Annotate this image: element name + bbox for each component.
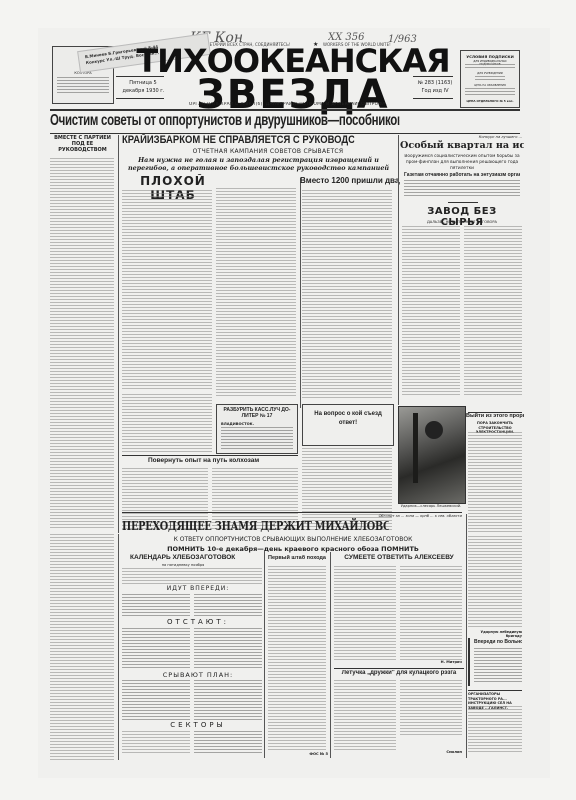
pervyi-shtab-headline: Первый штаб похода — [266, 555, 328, 561]
column-divider — [398, 135, 399, 405]
sryvayut-list — [122, 680, 190, 720]
subscription-prices — [475, 76, 505, 82]
povernut-headline: Повернуть опыт на путь колхозам — [148, 457, 298, 464]
sryvayut-list — [194, 680, 262, 720]
signature: ФОС № 5 — [288, 752, 328, 756]
subscription-line: ЦЕНА НА ОБЪЯВЛЕНИЯ — [463, 84, 517, 87]
left-box-text — [57, 77, 109, 95]
letuchka-headline: Летучка „дружки" для кулацкого рэзга — [332, 670, 466, 676]
divider — [413, 76, 453, 77]
kalendar-headline: КАЛЕНДАРЬ ХЛЕБОЗАГОТОВОК — [130, 554, 240, 561]
subscription-line: ДЛЯ УЧРЕЖДЕНИЙ — [463, 72, 517, 75]
article-text — [468, 706, 522, 754]
single-copy-price: ЦЕНА ОТДЕЛЬНОГО № 5 коп. — [463, 99, 517, 103]
main-deck: Нам нужна не голая и запоздалая регистра… — [126, 156, 391, 172]
sektory-heading: СЕКТОРЫ — [148, 721, 248, 729]
razburit-headline: РАЗБУРИТЬ КАСС.ЛУЧ ДО-ЛИТЕР № 17 — [219, 407, 295, 419]
article-text — [400, 566, 462, 660]
divider — [116, 76, 164, 77]
article-text — [468, 432, 522, 532]
otstayut-list — [194, 628, 262, 668]
osobyi-kvartal-deck: Вооружимся социалистическим опытом борьб… — [404, 154, 520, 172]
sumeete-headline: СУМЕЕТЕ ОТВЕТИТЬ АЛЕКСЕЕВУ — [334, 554, 464, 561]
vmesto-1200-headline: Вместо 1200 пришли двадцать — [300, 176, 400, 185]
na-vopros-headline: На вопрос о кой съезд ответ! — [305, 410, 391, 428]
article-text — [334, 680, 396, 752]
article-text — [122, 394, 212, 454]
issue-number: № 283 (1163) — [410, 80, 460, 86]
razburit-dateline: ВЛАДИВОСТОК. — [221, 422, 271, 426]
bottom-headline: ПЕРЕХОДЯЩЕЕ ЗНАМЯ ДЕРЖИТ МИХАЙЛОВСКИЙ РА… — [122, 518, 389, 533]
date-line-1: Пятница 5 — [118, 80, 168, 86]
column-divider — [264, 552, 265, 758]
subscription-title: УСЛОВИЯ ПОДПИСКИ — [463, 54, 517, 59]
right-kicker: Конкурс на лучшего ... — [438, 135, 522, 139]
column-divider — [118, 534, 119, 760]
divider — [413, 98, 453, 99]
left-column-text — [50, 534, 114, 760]
organ-line: ОРГАН ДАЛЬКРАЙ О-А ВКП(б). ДАЛЬКРАЙИСПОЛ… — [118, 102, 458, 107]
subscription-prices — [465, 64, 515, 70]
main-subhead: ОТЧЕТНАЯ КАМПАНИЯ СОВЕТОВ СРЫВАЕТСЯ — [158, 148, 378, 155]
bottom-subhead: К ОТВЕТУ ОППОРТУНИСТОВ СРЫВАЮЩИХ ВЫПОЛНЕ… — [122, 536, 464, 543]
column-divider — [466, 514, 467, 758]
vyiti-headline: Выйти из этого прорыва — [466, 413, 524, 419]
zavod-bez-syrya-headline: ЗАВОД БЕЗ СЫРЬЯ — [404, 206, 520, 228]
divider — [468, 690, 522, 691]
vperedi-list — [122, 594, 190, 616]
article-text — [122, 190, 212, 390]
bottom-slogan: ПОМНИТЬ 10-е декабря—день краевого красн… — [122, 545, 464, 553]
vperedi-list — [194, 594, 262, 616]
article-text — [122, 731, 190, 755]
photo-caption: Ударник—слесарь Лешкевский. — [398, 504, 464, 508]
vpechat-box: Впереди по Вольногорск — [468, 638, 524, 686]
na-vopros-box: На вопрос о кой съезд ответ! — [302, 404, 394, 446]
divider — [448, 202, 478, 203]
column-divider — [118, 135, 119, 533]
vpechat-headline: Впереди по Вольногорск — [474, 639, 522, 645]
article-text — [216, 188, 296, 398]
date-line-2: декабря 1930 г. — [116, 88, 171, 94]
left-column-title: ВМЕСТЕ С ПАРТИЕЙ ПОД ЕЕ РУКОВОДСТВОМ — [50, 135, 115, 153]
zavod-deck: ДАЛЬЗЕС НЕ ВЫПОЛНЯЕТ ДОГОВОРА — [404, 220, 520, 224]
article-text — [334, 566, 396, 660]
photo-figure — [425, 421, 443, 439]
vperedi-heading: ИДУТ ВПЕРЕДИ: — [158, 585, 238, 592]
sryvayut-heading: СРЫВАЮТ ПЛАН: — [148, 671, 248, 679]
razburit-box: РАЗБУРИТЬ КАСС.ЛУЧ ДО-ЛИТЕР № 17 ВЛАДИВО… — [216, 404, 298, 454]
divider — [122, 455, 298, 456]
kalendar-date: на пятидневку ноября — [138, 563, 228, 567]
divider — [122, 512, 462, 513]
signature: Н. Митрич — [418, 660, 462, 664]
publication-year: Год изд IV — [410, 88, 460, 94]
otstayut-list — [122, 628, 190, 668]
column-divider — [330, 552, 331, 758]
newspaper-page: КГ Кон XX 356 1/963 ПРОЛЕТАРИИ ВСЕХ СТРА… — [38, 28, 550, 778]
divider — [334, 668, 464, 669]
osobyi-kvartal-headline: Особый квартал на исходе — [400, 140, 524, 151]
subscription-box: УСЛОВИЯ ПОДПИСКИ ДЛЯ ИНДИВИДУАЛЬНЫХ ПОДП… — [460, 50, 520, 108]
article-text — [464, 226, 522, 396]
article-text — [122, 568, 262, 584]
photo-machine — [413, 413, 418, 483]
banner-headline: Очистим советы от оппортунистов и двуруш… — [50, 110, 399, 132]
divider — [116, 98, 164, 99]
telegram-title: Газетам отчаянно работать на энтузиазм о… — [404, 172, 520, 178]
razburit-text — [221, 427, 293, 449]
telegram-text — [404, 180, 520, 198]
column-divider — [300, 178, 301, 408]
article-text — [268, 566, 326, 752]
sektory-list — [194, 731, 262, 755]
article-text — [402, 226, 460, 396]
article-text — [302, 190, 392, 400]
worker-photo — [398, 406, 466, 504]
uroki-signature: Ударную лебединую бригаду — [468, 630, 522, 638]
article-text — [400, 680, 462, 736]
left-column-text — [50, 158, 114, 530]
article-text — [468, 536, 522, 628]
masthead-title-line1: ТИХООКЕАНСКАЯ — [128, 45, 458, 77]
ad-prices — [465, 88, 515, 97]
main-headline: КРАЙИЗБАРКОМ НЕ СПРАВЛЯЕТСЯ С РУКОВОДСТВ… — [122, 134, 354, 146]
signature: Смолин — [418, 750, 462, 754]
otstayut-heading: ОТСТАЮТ: — [148, 618, 248, 626]
vpechat-text — [474, 648, 522, 684]
